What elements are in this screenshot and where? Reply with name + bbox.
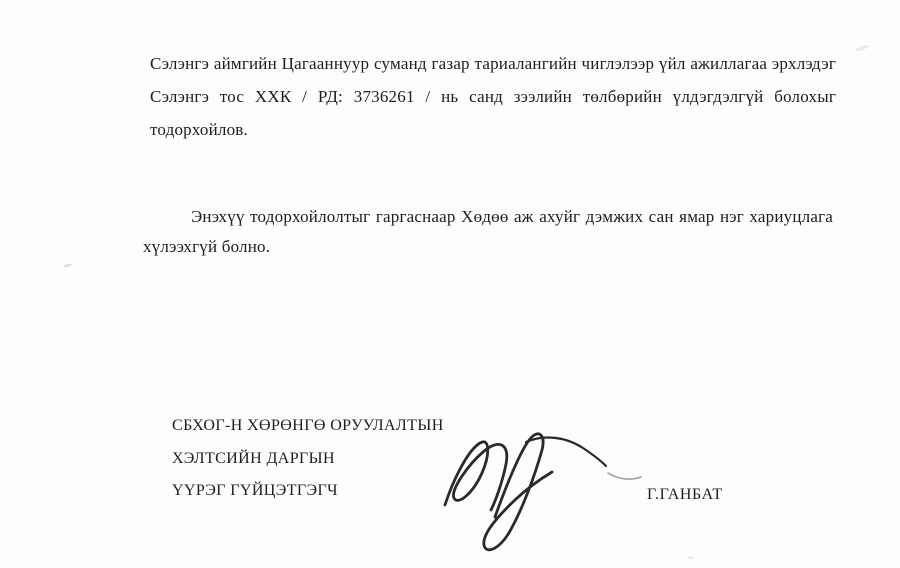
text-line: Сэлэнгэ тос ХХК / РД: 3736261 / нь санд … (150, 80, 836, 113)
signer-name: Г.ГАНБАТ (647, 486, 723, 504)
paragraph-certification: Сэлэнгэ аймгийн Цагааннуур суманд газар … (150, 47, 836, 146)
text-line: хүлээхгүй болно. (143, 232, 833, 262)
scan-speckle (63, 263, 72, 268)
text-line: Энэхүү тодорхойлолтыг гаргаснаар Хөдөө а… (143, 202, 833, 232)
handwritten-signature-icon (420, 405, 660, 560)
scan-speckle (855, 44, 870, 53)
text-line: Сэлэнгэ аймгийн Цагааннуур суманд газар … (150, 47, 836, 80)
text-line: тодорхойлов. (150, 113, 836, 146)
scanned-document-page: Сэлэнгэ аймгийн Цагааннуур суманд газар … (0, 0, 900, 568)
scan-speckle (688, 556, 694, 559)
paragraph-disclaimer: Энэхүү тодорхойлолтыг гаргаснаар Хөдөө а… (143, 202, 833, 262)
